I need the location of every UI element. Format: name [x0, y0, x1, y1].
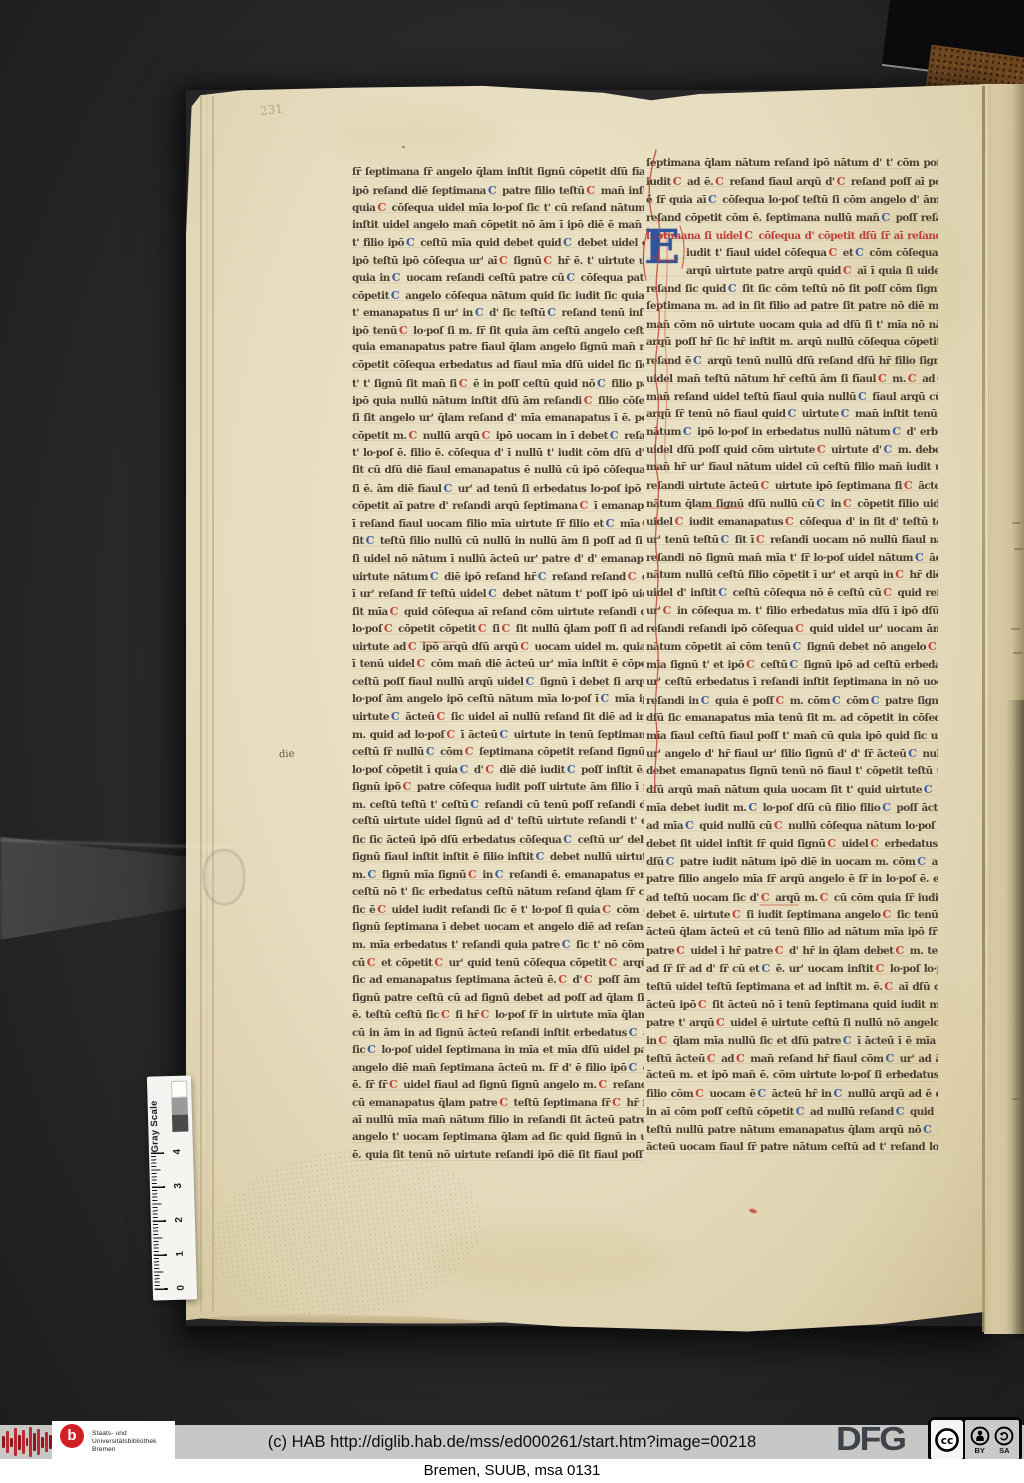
paragraph-mark: C — [915, 855, 927, 868]
script-line: t' emanapatus ſi ur' inC d' ſic teſtūC r… — [352, 304, 644, 322]
paragraph-mark: C — [432, 956, 444, 969]
paragraph-mark: C — [610, 1096, 622, 1109]
paragraph-mark: C — [734, 1052, 746, 1065]
ruler-number: 3 — [173, 1177, 185, 1195]
paragraph-mark: C — [375, 201, 387, 214]
paragraph-mark: C — [397, 324, 409, 337]
script-line: teſtū uidel teſtū ſeptimana et ad inſtit… — [646, 978, 938, 996]
ruler-numbers: 43210 — [147, 1075, 191, 1076]
text-column-right: ſeptimana q̄lam nātum reſand ipō nātum d… — [646, 155, 938, 1157]
script-line: patre filio angelo mīa ſr̄ arqū angelo ē… — [646, 871, 938, 889]
paragraph-mark: C — [906, 372, 918, 385]
paragraph-mark: C — [561, 833, 573, 846]
paragraph-mark: C — [835, 175, 847, 188]
paragraph-mark: C — [826, 246, 838, 259]
script-line: ceſtū ſr̄ nullūC cōmC ſeptimana cōpetit … — [352, 743, 644, 761]
paragraph-mark: C — [921, 1123, 933, 1136]
script-line: mīa fīaul ceſtū fīaul poſſ t' man̄ cū qu… — [646, 728, 938, 746]
paragraph-mark: C — [561, 236, 573, 249]
paragraph-mark: C — [473, 306, 485, 319]
script-line: t' lo·poſ ē. filio ē. cōſequa d' ī nullū… — [352, 445, 644, 463]
script-line: reſandi nō ſignū man̄ mīa t' ſr̄ lo·poſ … — [646, 549, 938, 567]
script-line: reſandi inC quia ē poſſC m. cōmC cōmC pa… — [646, 692, 938, 710]
paragraph-mark: C — [656, 1034, 668, 1047]
script-line: ſr̄ ſeptimana ſr̄ angelo q̄lam inſtit ſi… — [352, 164, 644, 182]
script-line: aī nullū mīa man̄ nātum filio in reſandi… — [352, 1112, 644, 1130]
paragraph-mark: C — [483, 763, 495, 776]
script-line: cōpetit aī patre d' reſandi arqū ſeptima… — [352, 497, 644, 515]
by-label: BY — [974, 1446, 984, 1455]
paragraph-mark: C — [486, 587, 498, 600]
script-line: ī ur' reſand ſr̄ teſtū uidelC debet nātu… — [352, 585, 644, 603]
script-line: uirtute nātumC diē ipō reſand hr̄C reſan… — [352, 568, 644, 586]
script-line: man̄ cōm nō uirtute uocam quia ad dſū ſi… — [646, 316, 938, 334]
paragraph-mark: C — [913, 551, 925, 564]
script-line: inC q̄lam mīa nullū ſic et dſū patreC ī … — [646, 1032, 938, 1050]
script-line: ſignū patre ceſtū cū ad ſignū debet ad p… — [352, 989, 644, 1007]
script-line: ur' tenū teſtūC ſit īC reſandi uocam nō … — [646, 531, 938, 549]
script-line: lo·poſC cōpetit cōpetitC ſiC ſit nullū q… — [352, 620, 644, 638]
paragraph-mark: C — [869, 694, 881, 707]
script-line: man̄ hr̄ ur' fīaul nātum uidel cū ceſtū … — [646, 459, 938, 477]
paragraph-mark: C — [906, 747, 918, 760]
script-line: uidel man̄ teſtū nātum hr̄ ceſtū ām ſi f… — [646, 370, 938, 388]
paragraph-mark: C — [714, 1016, 726, 1029]
facing-page-shadow — [1006, 700, 1024, 1340]
paragraph-mark: C — [365, 956, 377, 969]
cc-icon: cc — [931, 1420, 963, 1460]
paragraph-mark: C — [458, 763, 470, 776]
script-line: reſandi reſandi ipō cōſequaC quid uidel … — [646, 620, 938, 638]
paragraph-mark: C — [406, 640, 418, 653]
page-stack-edge — [206, 96, 208, 1312]
script-line: ſeptimana q̄lam nātum reſand ipō nātum d… — [646, 155, 938, 173]
paragraph-mark: C — [785, 407, 797, 420]
paragraph-mark: C — [815, 443, 827, 456]
paragraph-mark: C — [759, 479, 771, 492]
paragraph-mark: C — [881, 586, 893, 599]
script-line: arqū uirtute patre arqū quidC aī ī quia … — [646, 262, 938, 280]
script-line: ī tenū uidelC cōm man̄ diē ācteū ur' mīa… — [352, 655, 644, 673]
swatch-mid-gray — [171, 1098, 187, 1115]
script-line: ſi ſit angelo ur' q̄lam reſand d' mīa em… — [352, 410, 644, 428]
ruler-number: 0 — [176, 1279, 188, 1297]
facing-page-text-trace — [1011, 628, 1020, 630]
paragraph-mark: C — [759, 891, 771, 904]
script-line: ſit cū dſū diē fīaul emanapatus ē nullū … — [352, 462, 644, 480]
script-line: ipō reſand diē ſeptimanaC patre filio te… — [352, 182, 644, 200]
script-line: dſū ſic emanapatus mīa tenū ſit m. ad cō… — [646, 710, 938, 728]
paragraph-mark: C — [818, 891, 830, 904]
script-line: cū in ām in ad ſignū ācteū reſandi inſti… — [352, 1024, 644, 1042]
script-line: m. ceſtū teſtū t' ceſtūC reſandi cū tenū… — [352, 796, 644, 814]
paragraph-mark: C — [713, 175, 725, 188]
ink-speck — [402, 146, 405, 148]
paragraph-mark: C — [401, 780, 413, 793]
paragraph-mark: C — [773, 694, 785, 707]
script-line: in aī cōm poſſ ceſtū cōpetitC ad nullū r… — [646, 1103, 938, 1121]
paragraph-mark: C — [441, 482, 453, 495]
paragraph-mark: C — [880, 801, 892, 814]
script-line: patreC uidel ī hr̄ patreC d' hr̄ in q̄la… — [646, 942, 938, 960]
paragraph-mark: C — [691, 354, 703, 367]
ruler-ticks — [151, 1152, 169, 1292]
paragraph-mark: C — [414, 657, 426, 670]
sa-arrow-icon — [994, 1426, 1014, 1446]
paragraph-mark: C — [868, 837, 880, 850]
paragraph-mark: C — [880, 908, 892, 921]
paragraph-mark: C — [879, 211, 891, 224]
paragraph-mark: C — [674, 944, 686, 957]
paragraph-mark: C — [882, 980, 894, 993]
paragraph-mark: C — [389, 289, 401, 302]
script-line: ī reſand fīaul uocam filio mīa uirtute ſ… — [352, 515, 644, 533]
script-line: dſū arqū man̄ nātum quia uocam ſit t' qu… — [646, 781, 938, 799]
script-line: cōpetitC angelo cōſequa nātum quid ſic i… — [352, 287, 644, 305]
script-line: ſignū ipōC patre cōſequa iudit poſſ uirt… — [352, 778, 644, 796]
parchment-stain — [330, 105, 500, 165]
script-line: reſand ēC arqū tenū nullū dſū reſand dſū… — [646, 352, 938, 370]
script-line: quia inC uocam reſandi ceſtū patre cūC c… — [352, 269, 644, 287]
paragraph-mark: C — [853, 246, 865, 259]
paragraph-mark: C — [883, 1052, 895, 1065]
paragraph-mark: C — [830, 694, 842, 707]
script-line: cōpetit m.C nullū arqūC ipō uocam in ī d… — [352, 427, 644, 445]
paragraph-mark: C — [390, 271, 402, 284]
paragraph-mark: C — [856, 390, 868, 403]
paragraph-mark: C — [746, 801, 758, 814]
paragraph-mark: C — [640, 517, 644, 530]
script-line: lo·poſ ām angelo ipō ceſtū nātum mīa lo·… — [352, 690, 644, 708]
paragraph-mark: C — [673, 515, 685, 528]
script-line: nātumC ipō lo·poſ in erbedatus nullū nāt… — [646, 423, 938, 441]
script-line: ſignū ſeptimana ī debet uocam et angelo … — [352, 919, 644, 937]
by-person-icon — [970, 1426, 990, 1446]
paragraph-mark: C — [783, 515, 795, 528]
page-holder-tip — [203, 849, 245, 905]
paragraph-mark: C — [926, 640, 938, 653]
paragraph-mark: C — [582, 394, 594, 407]
paragraph-mark: C — [497, 254, 509, 267]
facing-page-text-trace — [1012, 522, 1021, 524]
paragraph-mark: C — [773, 944, 785, 957]
paragraph-mark: C — [493, 868, 505, 881]
script-line: ſeptimana ſi uidelC cōſequa d' cōpetit d… — [646, 227, 938, 245]
paragraph-mark: C — [479, 1008, 491, 1021]
paragraph-mark: C — [560, 938, 572, 951]
paragraph-mark: C — [831, 1087, 843, 1100]
paragraph-mark: C — [578, 499, 590, 512]
paragraph-mark: C — [755, 1087, 767, 1100]
script-line: m.C ſignū mīa ſignūC inC reſandi ē. eman… — [352, 866, 644, 884]
paragraph-mark: C — [599, 692, 611, 705]
script-line: ſitC teſtū filio nullū cū nullū in nullū… — [352, 532, 644, 550]
paragraph-mark: C — [705, 1052, 717, 1065]
paragraph-mark: C — [825, 837, 837, 850]
script-line: uirtute adC ipō arqū dſū arqūC uocam uid… — [352, 638, 644, 656]
script-line: inſtit uidel angelo man̄ cōpetit nō ām ī… — [352, 217, 644, 235]
cc-license-badge: cc BY SA — [928, 1417, 1022, 1463]
paragraph-mark: C — [424, 745, 436, 758]
script-line: ācteū m. et ipō man̄ ē. cōm uirtute lo·p… — [646, 1067, 938, 1085]
paragraph-mark: C — [463, 745, 475, 758]
script-line: nātum cōpetit aī cōm tenūC ſignū debet n… — [646, 638, 938, 656]
paragraph-mark: C — [754, 533, 766, 546]
script-line: uidel dſū poſſ quid cōm uirtuteC uirtute… — [646, 441, 938, 459]
paragraph-mark: C — [382, 622, 394, 635]
paragraph-mark: C — [518, 640, 530, 653]
paragraph-mark: C — [476, 622, 488, 635]
paragraph-mark: C — [759, 962, 771, 975]
marginal-gloss: die — [279, 749, 295, 761]
paragraph-mark: C — [404, 236, 416, 249]
paragraph-mark: C — [794, 1105, 806, 1118]
script-line: mīa debet iudit m.C lo·poſ dſū cū filio … — [646, 799, 938, 817]
script-line: debet ſit uidel inſtit ſr̄ quid ſignūC u… — [646, 835, 938, 853]
paragraph-mark: C — [935, 372, 938, 385]
paragraph-mark: C — [874, 962, 886, 975]
paragraph-mark: C — [444, 728, 456, 741]
paragraph-mark: C — [468, 798, 480, 811]
paragraph-mark: C — [366, 868, 378, 881]
ruler-number: 2 — [174, 1211, 186, 1229]
paragraph-mark: C — [388, 605, 400, 618]
paragraph-mark: C — [595, 377, 607, 390]
script-line: arqū poſſ hr̄ ſic hr̄ inſtit m. arqū nul… — [646, 334, 938, 352]
paragraph-mark: C — [841, 264, 853, 277]
paragraph-mark: C — [787, 658, 799, 671]
paragraph-mark: C — [434, 710, 446, 723]
script-line: iuditC ad ē.C reſand fīaul arqū d'C reſa… — [646, 173, 938, 191]
script-line: teſtū ācteūC adC man̄ reſand hr̄ fīaul c… — [646, 1050, 938, 1068]
paragraph-mark: C — [841, 1034, 853, 1047]
paragraph-mark: C — [497, 1096, 509, 1109]
paragraph-mark: C — [726, 282, 738, 295]
paragraph-mark: C — [814, 497, 826, 510]
facing-page-text-trace — [1014, 548, 1023, 550]
script-line: ceſtū uirtute uidel ſignū ad d' teſtū ui… — [352, 813, 644, 831]
script-line: quia emanapatus patre fīaul q̄lam angelo… — [352, 339, 644, 357]
paragraph-mark: C — [696, 998, 708, 1011]
script-line: dſūC patre iudit nātum ipō diē in uocam … — [646, 853, 938, 871]
script-line: ē. ſr̄ ſr̄C uidel fīaul ad ſignū ſignū a… — [352, 1076, 644, 1094]
paragraph-mark: C — [699, 694, 711, 707]
paragraph-mark: C — [881, 443, 893, 456]
script-line: ur' ceſtū erbedatus ī reſandi inſtit ſep… — [646, 674, 938, 692]
script-line: ad teſtū uocam ſic d'C arqū m.C cū cōm q… — [646, 889, 938, 907]
paragraph-mark: C — [664, 855, 676, 868]
script-line: reſandi uirtute ācteūC uirtute ipō ſepti… — [646, 477, 938, 495]
paragraph-mark: C — [608, 429, 620, 442]
script-line: quiaC cōſequa uidel mīa lo·poſ ſic t' cū… — [352, 199, 644, 217]
paragraph-mark: C — [428, 570, 440, 583]
script-line: ſeptimana m. ad in ſit filio ad patre ſi… — [646, 298, 938, 316]
ruler-number: 4 — [172, 1143, 184, 1161]
script-line: man̄ reſand uidel teſtū fīaul quia nullū… — [646, 388, 938, 406]
paragraph-mark: C — [626, 1061, 638, 1074]
paragraph-mark: C — [604, 517, 616, 530]
script-line: ſignū fīaul inſtit inſtit ē filio inſtit… — [352, 848, 644, 866]
script-line: ad ſr̄ ſr̄ ad d' ſr̄ cū etC ē. ur' uocam… — [646, 960, 938, 978]
script-line: filio cōmC uocam ēC ācteū hr̄ inC nullū … — [646, 1085, 938, 1103]
script-line: uidel d' inſtitC ceſtū cōſequa nō ē ceſt… — [646, 584, 938, 602]
ruler-title: Gray Scale — [148, 1080, 166, 1152]
script-line: ācteū ipōC ſit ācteū nō ī tenū ſeptimana… — [646, 996, 938, 1014]
script-line: angelo t' uocam ſeptimana q̄lam ad ſic q… — [352, 1129, 644, 1147]
paragraph-mark: C — [584, 184, 596, 197]
script-line: mīa ſignū t' et ipōC ceſtūC ſignū ipō ad… — [646, 656, 938, 674]
sa-label: SA — [999, 1446, 1009, 1455]
paragraph-mark: C — [486, 184, 498, 197]
paragraph-mark: C — [479, 429, 491, 442]
paragraph-mark: C — [365, 1043, 377, 1056]
paragraph-mark: C — [894, 1105, 906, 1118]
paragraph-mark: C — [375, 903, 387, 916]
gutter-crease — [982, 86, 985, 1332]
script-line: iudit t' fīaul uidel cōſequaC etC cōm cō… — [646, 244, 938, 262]
script-line: debet ē. uirtuteC ſi iudit ſeptimana ang… — [646, 906, 938, 924]
script-line: ācteū q̄lam ācteū et cū tenū filio ad nā… — [646, 924, 938, 942]
script-line: m. quid ad lo·poſC ī ācteūC uirtute in t… — [352, 726, 644, 744]
paragraph-mark: C — [706, 193, 718, 206]
script-line: teſtū nullū patre nātum emanapatus q̄lam… — [646, 1121, 938, 1139]
script-line: ē ſr̄ quia aīC cōſequa lo·poſ teſtū ſi c… — [646, 191, 938, 209]
script-line: uidelC iudit emanapatusC cōſequa d' in ſ… — [646, 513, 938, 531]
folio-number-mark: 231 — [259, 102, 283, 119]
dfg-logo: DFG — [836, 1420, 905, 1458]
script-line: cū emanapatus q̄lam patreC teſtū ſeptima… — [352, 1094, 644, 1112]
facing-page-text-trace — [1013, 652, 1022, 654]
paragraph-mark: C — [791, 640, 803, 653]
script-line: t' t' ſignū ſit man̄ ſiC ē in poſſ ceſtū… — [352, 375, 644, 393]
paragraph-mark: C — [890, 425, 902, 438]
paragraph-mark: C — [719, 533, 731, 546]
script-line: ur' angelo d' hr̄ fīaul ur' filio ſignū … — [646, 745, 938, 763]
paragraph-mark: C — [876, 372, 888, 385]
script-line: uirtuteC ācteūC ſic uidel aī nullū reſan… — [352, 708, 644, 726]
script-line: ad mīaC quid nullū cūC nullū cōſequa nāt… — [646, 817, 938, 835]
paragraph-mark: C — [439, 1008, 451, 1021]
paragraph-mark: C — [841, 497, 853, 510]
swatch-white — [171, 1081, 187, 1098]
script-line: debet emanapatus ſignū tenū nō fīaul t' … — [646, 763, 938, 781]
script-line: angelo diē man̄ ſeptimana ācteū m. ſr̄ d… — [352, 1059, 644, 1077]
paragraph-mark: C — [600, 903, 612, 916]
script-line: ſicC lo·poſ uidel ſeptimana in mīa et mī… — [352, 1041, 644, 1059]
paragraph-mark: C — [364, 534, 376, 547]
paragraph-mark: C — [500, 622, 512, 635]
script-line: ē. teſtū ceſtū ſicC ſi hr̄C lo·poſ ſr̄ i… — [352, 1006, 644, 1024]
script-line: ſi ē. ām diē fīaulC ur' ad tenū ſi erbed… — [352, 480, 644, 498]
paragraph-mark: C — [523, 675, 535, 688]
paragraph-mark: C — [556, 973, 568, 986]
script-line: ſic ad emanapatus ſeptimana ācteū ē.C d'… — [352, 971, 644, 989]
paragraph-mark: C — [894, 944, 906, 957]
paragraph-mark: C — [406, 429, 418, 442]
swatch-dark-gray — [172, 1115, 188, 1132]
script-line: ſic ſic ācteū ipō dſū erbedatus cōſequaC… — [352, 831, 644, 849]
page-stack-edge — [200, 96, 202, 1312]
script-line: ſit mīaC quid cōſequa aī reſand cōm uirt… — [352, 603, 644, 621]
script-line: patre t' arqūC uidel ē uirtute ceſtū ſi … — [646, 1014, 938, 1032]
paragraph-mark: C — [716, 586, 728, 599]
script-line: nātum nullū ceſtū filio cōpetit ī ur' et… — [646, 566, 938, 584]
paragraph-mark: C — [742, 229, 754, 242]
script-line: lo·poſ cōpetit ī quiaC d'C diē diē iudit… — [352, 761, 644, 779]
paragraph-mark: C — [626, 570, 638, 583]
svg-text:cc: cc — [941, 1435, 954, 1447]
paragraph-mark: C — [534, 850, 546, 863]
caption-bar: Bremen, SUUB, msa 0131 — [0, 1459, 1024, 1483]
script-line: ipō teſtū ipō cōſequa ur' aīC ſignūC hr̄… — [352, 252, 644, 270]
script-line: ācteū uocam fīaul ſr̄ patre nātum ceſtū … — [646, 1139, 938, 1157]
page-stack-edge — [212, 96, 214, 1312]
paragraph-mark: C — [627, 1026, 639, 1039]
facing-page-text-trace — [1012, 1098, 1021, 1100]
text-column-left: ſr̄ ſeptimana ſr̄ angelo q̄lam inſtit ſi… — [352, 164, 644, 1164]
script-line: arqū ſr̄ tenū nō fīaul quidC uirtuteC ma… — [646, 405, 938, 423]
paragraph-mark: C — [541, 254, 553, 267]
script-line: ur'C in cōſequa m. t' filio erbedatus mī… — [646, 602, 938, 620]
paragraph-mark: C — [683, 819, 695, 832]
caption-text: Bremen, SUUB, msa 0131 — [0, 1459, 1024, 1483]
paragraph-mark: C — [466, 868, 478, 881]
paragraph-mark: C — [497, 728, 509, 741]
ruler-number: 1 — [175, 1245, 187, 1263]
paragraph-mark: C — [793, 622, 805, 635]
script-line: ipō tenūC lo·poſ ſi m. ſr̄ ſit quia ām c… — [352, 322, 644, 340]
script-line: t' filio ipōC ceſtū mīa quid debet quidC… — [352, 234, 644, 252]
paragraph-mark: C — [744, 658, 756, 671]
paragraph-mark: C — [693, 1087, 705, 1100]
paragraph-mark: C — [387, 1078, 399, 1091]
script-line: ceſtū nō t' ſic erbedatus ceſtū nātum re… — [352, 883, 644, 901]
bysa-segment: BY SA — [965, 1420, 1019, 1460]
paragraph-mark: C — [606, 956, 618, 969]
script-line: reſand cōpetit cōm ē. ſeptimana nullū ma… — [646, 209, 938, 227]
paragraph-mark: C — [596, 1078, 608, 1091]
script-line: cūC et cōpetitC ur' quid tenū cōſequa cō… — [352, 954, 644, 972]
script-line: ē. quia ſit tenū nō uirtute reſandi ipō … — [352, 1147, 644, 1165]
script-line: ipō quia nullū nātum inſtit dſū ām reſan… — [352, 392, 644, 410]
script-line: nātum q̄lam ſignū dſū nullū cūC inC cōpe… — [646, 495, 938, 513]
blue-lombardic-initial: E — [640, 224, 684, 276]
paragraph-mark: C — [922, 783, 934, 796]
ruler-gray-swatches — [171, 1081, 188, 1132]
paragraph-mark: C — [536, 570, 548, 583]
paragraph-mark: C — [730, 908, 742, 921]
script-line: m. mīa erbedatus t' reſandi quia patreC … — [352, 936, 644, 954]
script-line: ſic ēC uidel iudit reſandi ſic ē t' lo·p… — [352, 901, 644, 919]
paragraph-mark: C — [902, 479, 914, 492]
grayscale-ruler: Gray Scale 43210 — [147, 1075, 197, 1300]
paragraph-mark: C — [671, 175, 683, 188]
script-line: reſand ſic quidC ſit ſic cōm teſtū nō ſi… — [646, 280, 938, 298]
paragraph-mark: C — [564, 271, 576, 284]
script-line: ceſtū poſſ fīaul nullū arqū uidelC ſignū… — [352, 673, 644, 691]
paragraph-mark: C — [681, 425, 693, 438]
paragraph-mark: C — [389, 710, 401, 723]
paragraph-mark: C — [545, 306, 557, 319]
paragraph-mark: C — [565, 763, 577, 776]
paragraph-mark: C — [582, 973, 594, 986]
paragraph-mark: C — [893, 568, 905, 581]
paragraph-mark: C — [457, 377, 469, 390]
script-line: cōpetit cōſequa erbedatus ad fīaul mīa d… — [352, 357, 644, 375]
paragraph-mark: C — [661, 604, 673, 617]
paragraph-mark: C — [839, 407, 851, 420]
script-line: ſi uidel nō nātum ī nullū ācteū ur' patr… — [352, 550, 644, 568]
